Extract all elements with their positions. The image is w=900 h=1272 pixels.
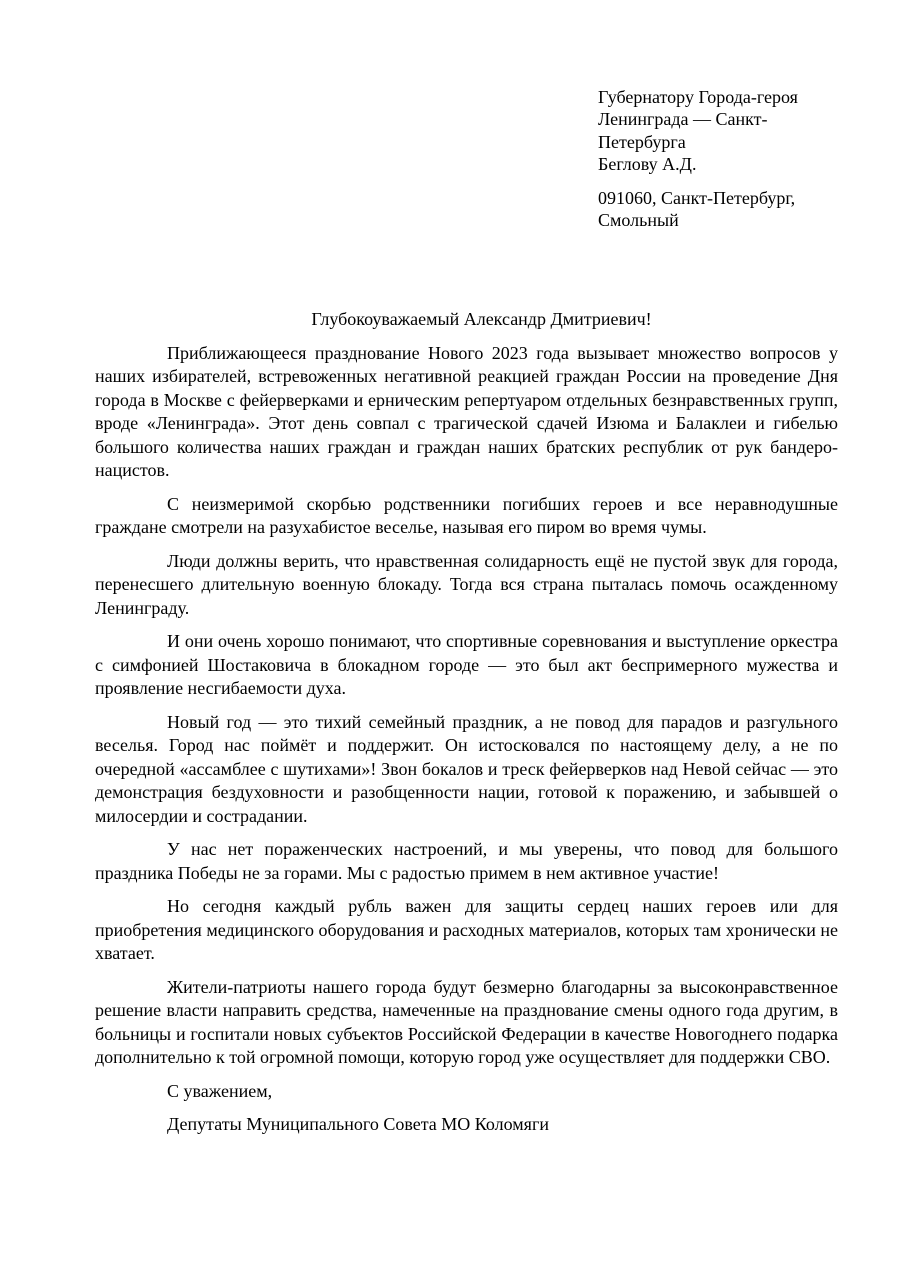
closing: С уважением,: [95, 1080, 838, 1104]
letter-body: Глубокоуважаемый Александр Дмитриевич! П…: [95, 308, 838, 1137]
paragraph-3: Люди должны верить, что нравственная сол…: [95, 550, 838, 621]
recipient-address-line: Смольный: [598, 209, 850, 231]
paragraph-2: С неизмеримой скорбью родственники погиб…: [95, 493, 838, 540]
recipient-block: Губернатору Города-героя Ленинграда — Са…: [598, 86, 850, 232]
paragraph-7: Но сегодня каждый рубль важен для защиты…: [95, 895, 838, 966]
recipient-line: Ленинграда — Санкт-: [598, 108, 850, 130]
recipient-line: Беглову А.Д.: [598, 153, 850, 175]
recipient-line: Петербурга: [598, 131, 850, 153]
paragraph-1: Приближающееся празднование Нового 2023 …: [95, 342, 838, 483]
recipient-address-line: 091060, Санкт-Петербург,: [598, 187, 850, 209]
paragraph-8: Жители-патриоты нашего города будут безм…: [95, 976, 838, 1070]
paragraph-5: Новый год — это тихий семейный праздник,…: [95, 711, 838, 829]
salutation: Глубокоуважаемый Александр Дмитриевич!: [95, 308, 838, 332]
recipient-line: Губернатору Города-героя: [598, 86, 850, 108]
recipient-address: 091060, Санкт-Петербург, Смольный: [598, 187, 850, 232]
paragraph-4: И они очень хорошо понимают, что спортив…: [95, 630, 838, 701]
paragraph-6: У нас нет пораженческих настроений, и мы…: [95, 838, 838, 885]
signature: Депутаты Муниципального Совета МО Коломя…: [95, 1113, 838, 1137]
letter-page: Губернатору Города-героя Ленинграда — Са…: [0, 0, 900, 1272]
